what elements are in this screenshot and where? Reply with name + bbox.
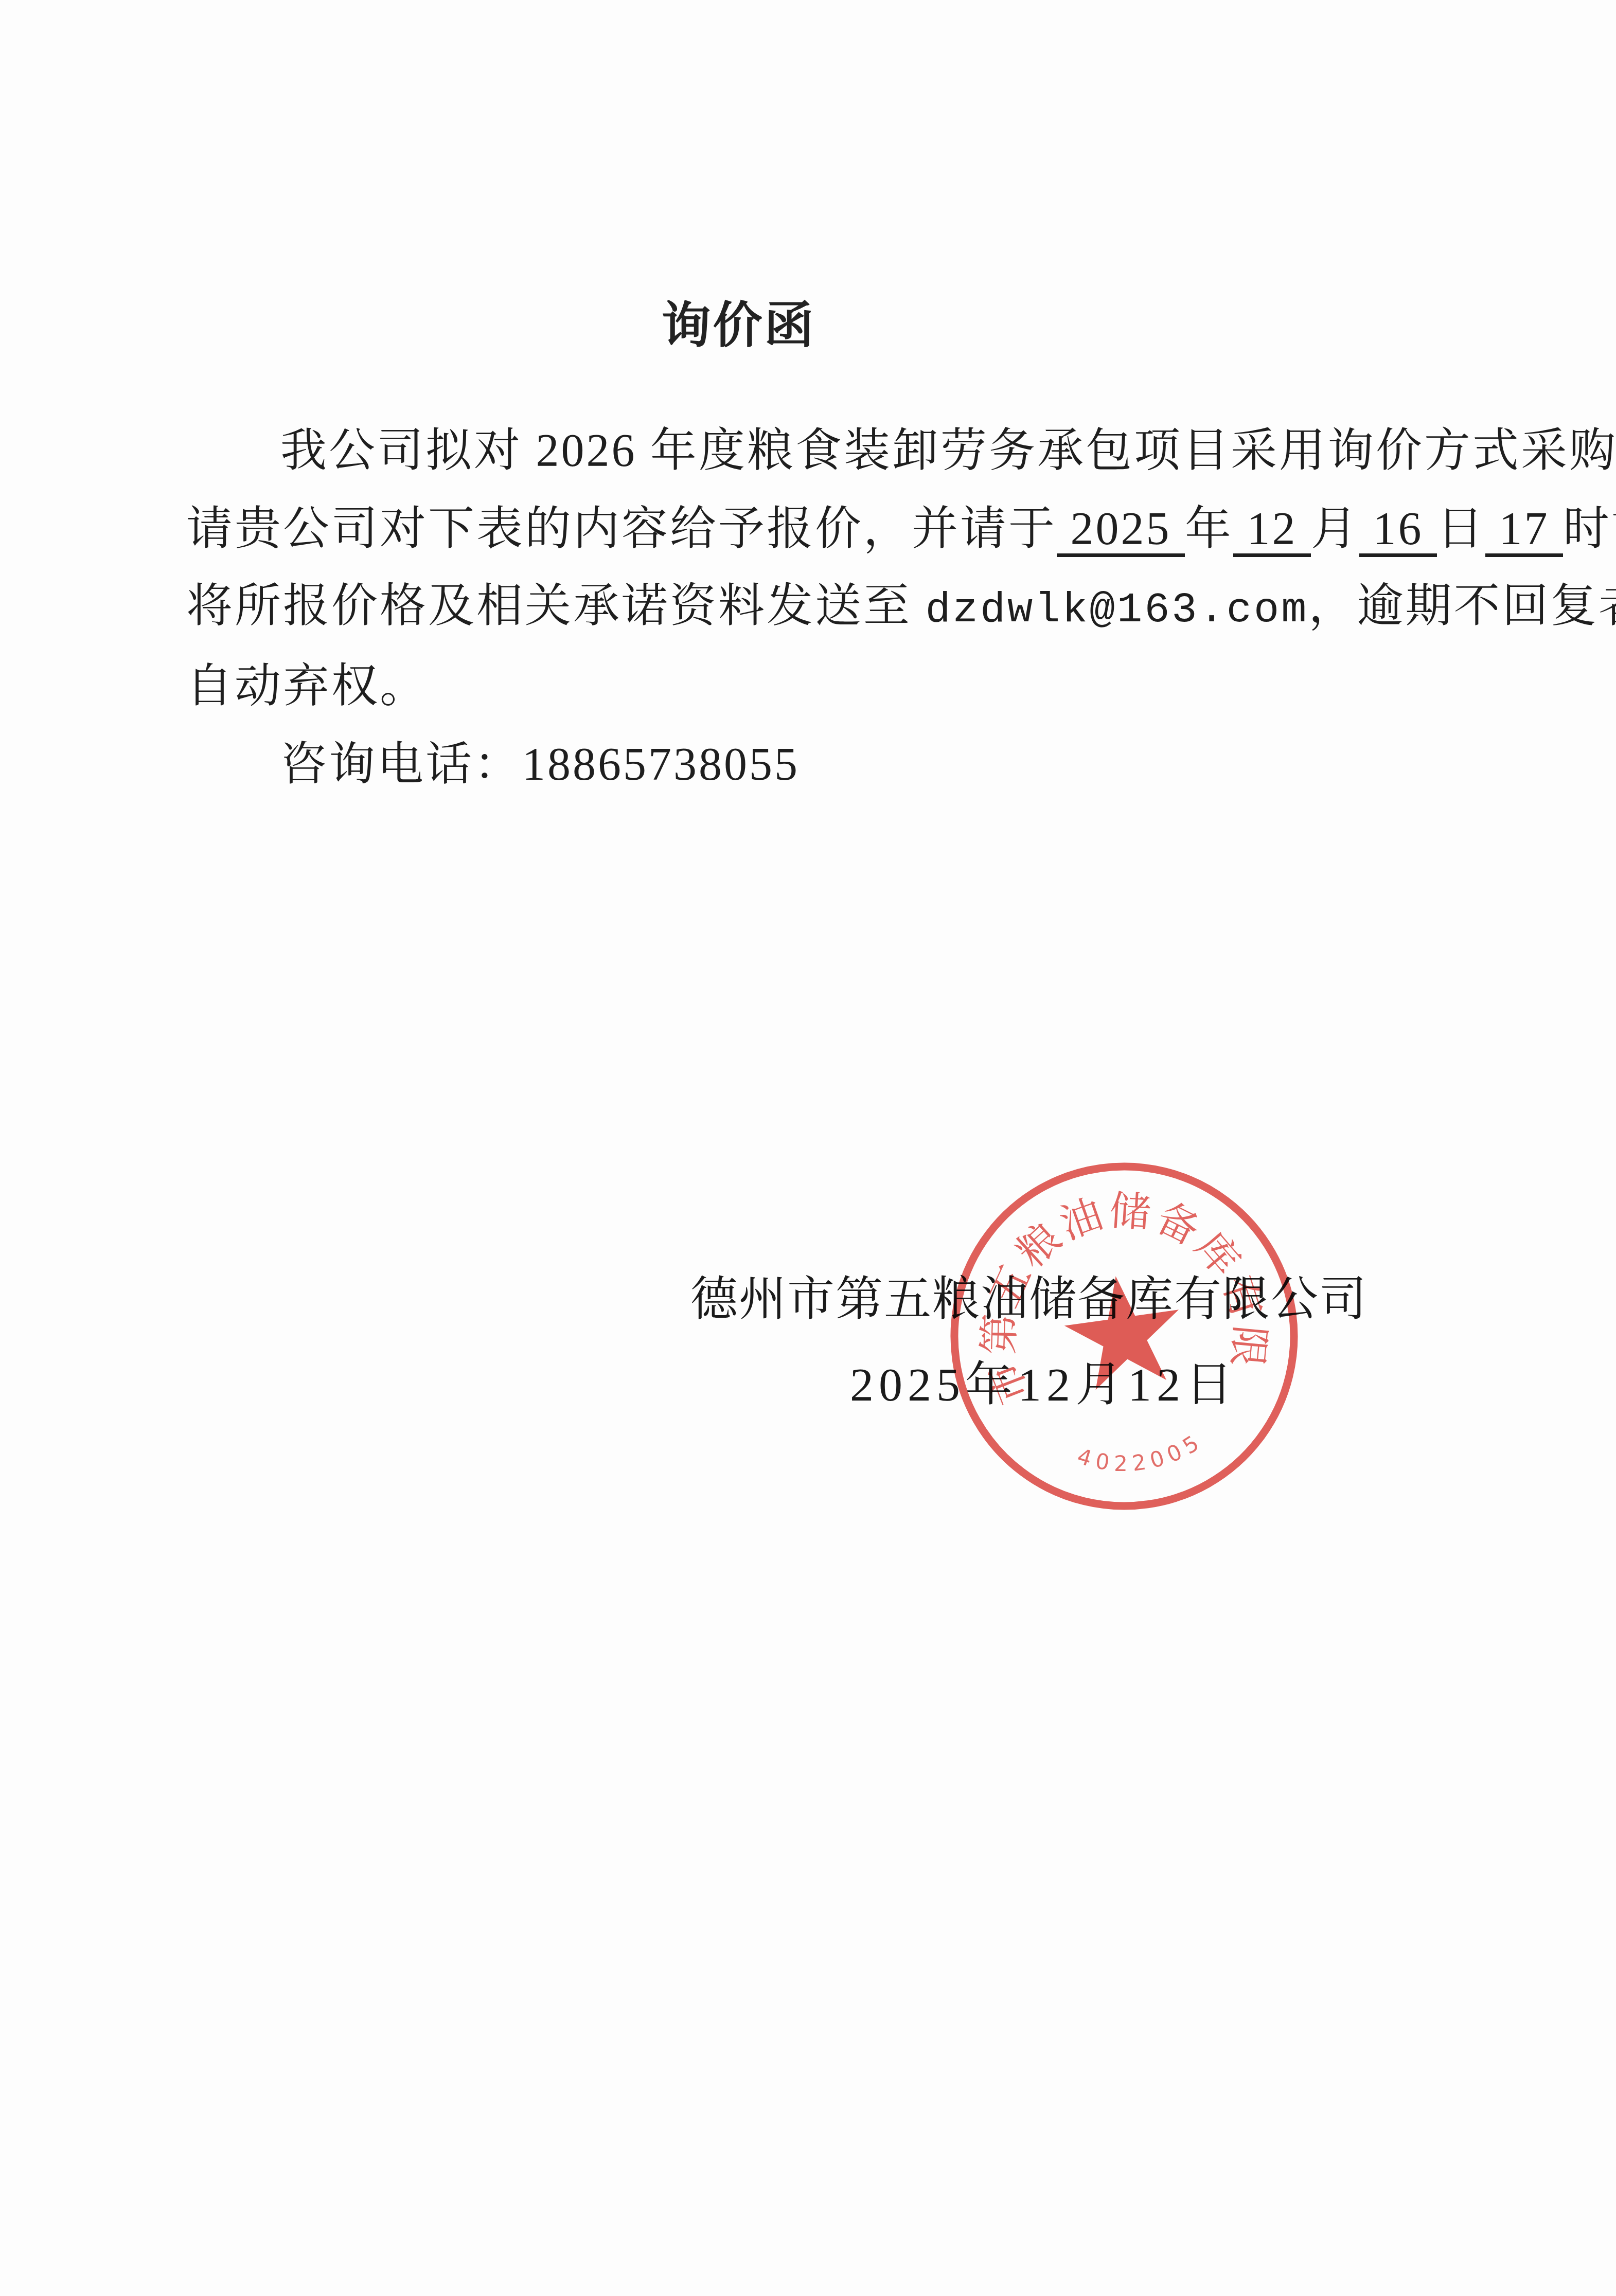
body-line-2: 请贵公司对下表的内容给予报价，并请于 2025 年 12 月 16 日 17 时… <box>186 501 1616 558</box>
document-page: 询价函 我公司拟对 2026 年度粮食装卸劳务承包项目采用询价方式采购， 请贵公… <box>0 0 1616 2296</box>
line3-tail: ，逾期不回复者，属 <box>1308 581 1616 632</box>
signature-company-name: 德州市第五粮油储备库有限公司 <box>690 1261 1368 1329</box>
deadline-hour-blank: 17 <box>1485 504 1563 554</box>
signature-date: 2025年12月12日 <box>850 1347 1238 1414</box>
line1-text: 我公司拟对 2026 年度粮食装卸劳务承包项目采用询价方式采购， <box>280 425 1616 476</box>
year-unit-label: 年 <box>1185 504 1233 554</box>
body-line-4: 自动弃权。 <box>186 658 428 715</box>
contact-label: 咨询电话： <box>280 739 522 790</box>
contact-phone-number: 18865738055 <box>522 739 800 790</box>
hour-unit-label: 时前 <box>1563 504 1616 554</box>
deadline-year-blank: 2025 <box>1057 504 1185 554</box>
contact-line: 咨询电话：18865738055 <box>280 737 800 793</box>
line4-text: 自动弃权。 <box>186 661 428 712</box>
deadline-month-blank: 12 <box>1233 504 1311 554</box>
email-address: dzdwlk@163.com <box>926 586 1309 634</box>
month-unit-label: 月 <box>1311 504 1359 554</box>
body-line-1: 我公司拟对 2026 年度粮食装卸劳务承包项目采用询价方式采购， <box>280 423 1616 479</box>
page-title: 询价函 <box>0 286 1477 356</box>
seal-ring <box>946 1153 1306 1521</box>
deadline-day-blank: 16 <box>1359 504 1437 554</box>
line2-intro: 请贵公司对下表的内容给予报价，并请于 <box>186 504 1057 554</box>
body-line-3: 将所报价格及相关承诺资料发送至 dzdwlk@163.com，逾期不回复者，属 <box>186 578 1616 639</box>
line3-intro: 将所报价格及相关承诺资料发送至 <box>186 581 926 632</box>
company-seal-stamp: 德州市第五粮油储备库有限公司 3714022005105 <box>946 1153 1306 1521</box>
day-unit-label: 日 <box>1437 504 1485 554</box>
